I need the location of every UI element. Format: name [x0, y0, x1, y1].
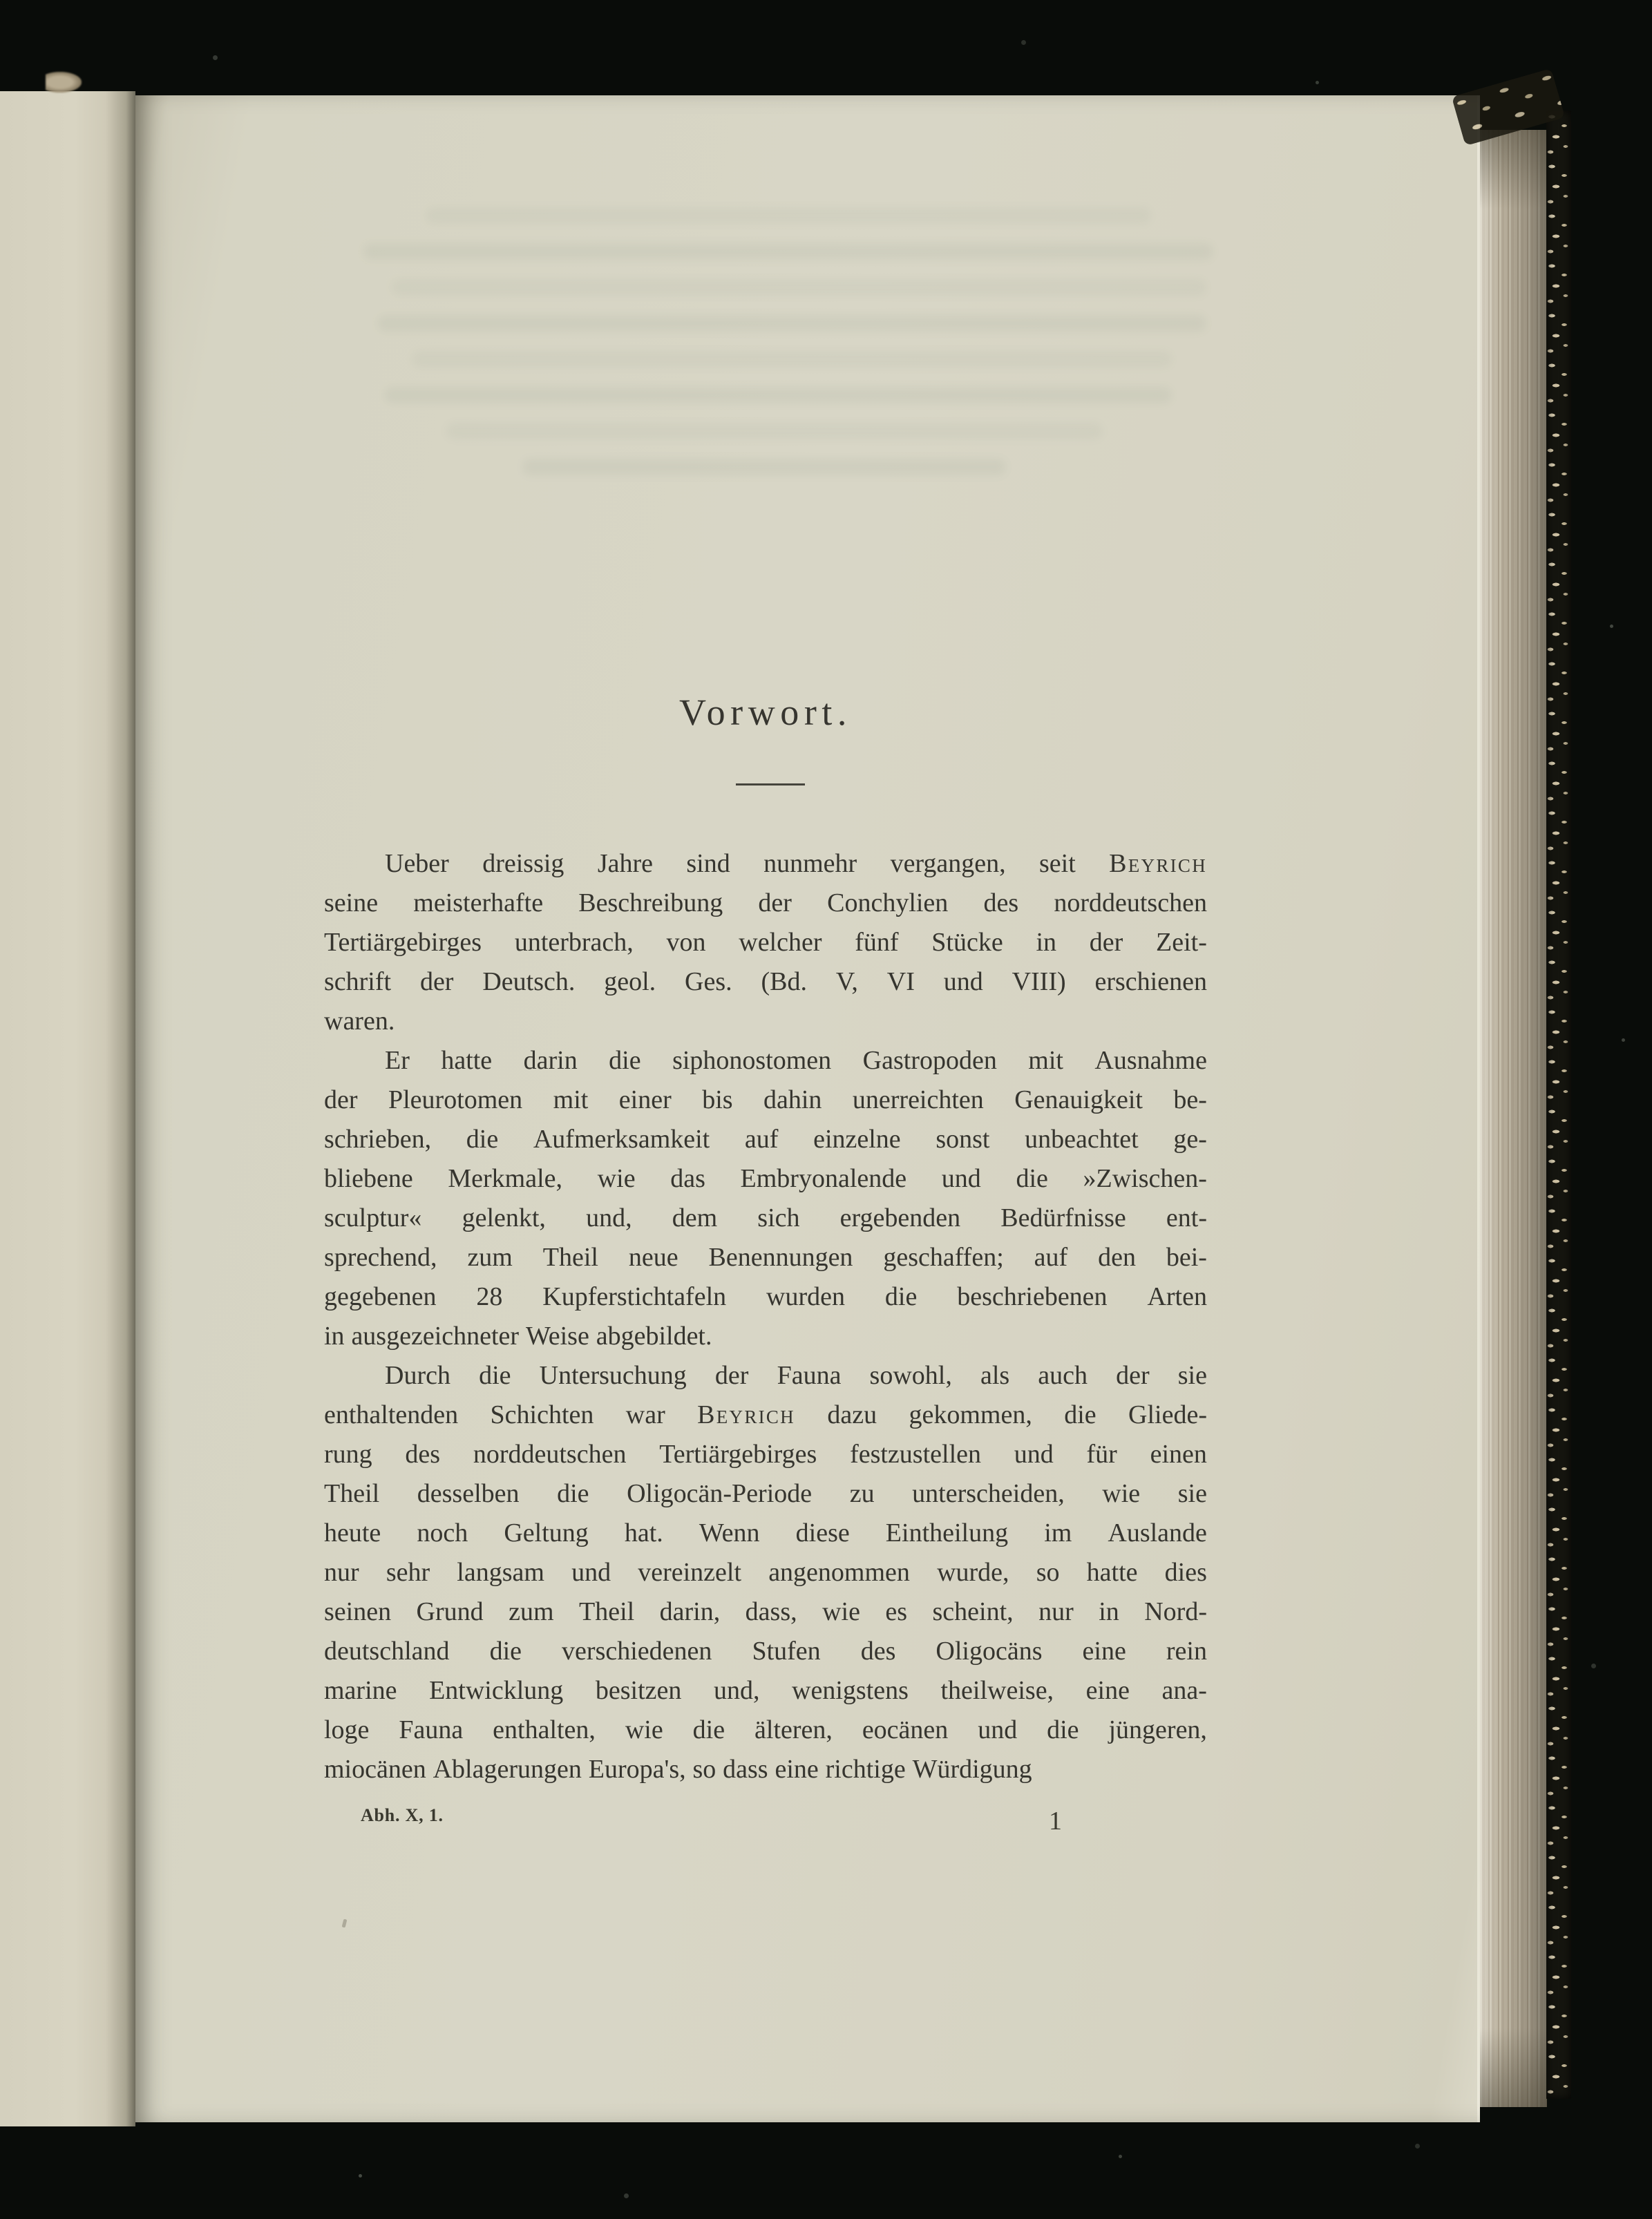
- word: Europa's,: [589, 1754, 686, 1784]
- word: Gastropoden: [863, 1045, 997, 1076]
- word: Ausnahme: [1094, 1045, 1207, 1076]
- text-line: waren.: [324, 1006, 1207, 1045]
- word: nur: [1038, 1597, 1074, 1627]
- word: Jahre: [598, 848, 653, 879]
- word: so: [692, 1754, 716, 1784]
- word: der: [1090, 927, 1123, 958]
- word: einen: [1150, 1439, 1207, 1469]
- show-through-line: [522, 459, 1006, 475]
- word: vereinzelt: [638, 1557, 741, 1588]
- word: unterscheiden,: [912, 1478, 1065, 1509]
- word: Weise: [526, 1321, 589, 1351]
- word: gelenkt,: [462, 1203, 546, 1233]
- word: in: [324, 1321, 345, 1351]
- word: Oligocän-Periode: [627, 1478, 812, 1509]
- word: in: [1099, 1597, 1119, 1627]
- word: einzelne: [813, 1124, 901, 1154]
- word: beschriebenen: [957, 1282, 1107, 1312]
- word: seit: [1039, 848, 1076, 879]
- word: es: [885, 1597, 907, 1627]
- word: und: [942, 1163, 981, 1194]
- word: Conchylien: [827, 888, 948, 918]
- word: die: [479, 1360, 511, 1391]
- book-scan: Vorwort. UeberdreissigJahresindnunmehrve…: [0, 0, 1652, 2219]
- word: norddeutschen: [1054, 888, 1207, 918]
- word: den: [1098, 1242, 1136, 1273]
- word: ana-: [1162, 1675, 1207, 1706]
- word: wurden: [766, 1282, 845, 1312]
- word: Ges.: [685, 966, 732, 997]
- word: norddeutschen: [473, 1439, 627, 1469]
- word: jüngeren,: [1108, 1715, 1206, 1745]
- word: ent-: [1166, 1203, 1207, 1233]
- title-divider: [736, 783, 805, 785]
- word: gegebenen: [324, 1282, 436, 1312]
- word: Genauigkeit: [1014, 1085, 1143, 1115]
- word: Schichten: [491, 1400, 594, 1430]
- word: eine: [1086, 1675, 1130, 1706]
- word: darin,: [660, 1597, 721, 1627]
- word: die: [490, 1636, 522, 1666]
- word: Merkmale,: [448, 1163, 562, 1194]
- word: dies: [1165, 1557, 1207, 1588]
- word: Würdigung: [913, 1754, 1032, 1784]
- marbled-fore-edge: [1546, 111, 1571, 2099]
- word: und,: [714, 1675, 760, 1706]
- preface-text: UeberdreissigJahresindnunmehrvergangen,s…: [324, 848, 1207, 1793]
- word: vergangen,: [891, 848, 1006, 879]
- show-through-line: [391, 279, 1206, 296]
- word: ergebenden: [840, 1203, 960, 1233]
- word: auf: [1034, 1242, 1068, 1273]
- word: war: [626, 1400, 665, 1430]
- word: Beschreibung: [578, 888, 723, 918]
- text-line: rungdesnorddeutschenTertiärgebirgesfestz…: [324, 1439, 1207, 1478]
- word: (Bd.: [761, 966, 807, 997]
- word: Durch: [385, 1360, 450, 1391]
- word: verschiedenen: [562, 1636, 712, 1666]
- word: sculptur«: [324, 1203, 421, 1233]
- word: waren.: [324, 1006, 395, 1036]
- word: neue: [629, 1242, 678, 1273]
- word: VI: [887, 966, 915, 997]
- word: Theil: [324, 1478, 379, 1509]
- page-stack-edge: [1480, 130, 1547, 2107]
- left-page-edge: [0, 91, 135, 2126]
- word: festzustellen: [850, 1439, 981, 1469]
- word: und: [978, 1715, 1017, 1745]
- show-through-line: [446, 423, 1103, 439]
- word: Fauna: [399, 1715, 463, 1745]
- word: zu: [850, 1478, 875, 1509]
- word: unbeachtet: [1025, 1124, 1139, 1154]
- word: Kupferstichtafeln: [542, 1282, 726, 1312]
- word: richtige: [826, 1754, 906, 1784]
- word: Beyrich: [1109, 848, 1207, 879]
- word: abgebildet.: [596, 1321, 712, 1351]
- word: Tertiärgebirges: [659, 1439, 817, 1469]
- word: wenigstens: [792, 1675, 909, 1706]
- word: bei-: [1166, 1242, 1207, 1273]
- word: Benennungen: [708, 1242, 853, 1273]
- word: Ablagerungen: [433, 1754, 582, 1784]
- word: Ueber: [385, 848, 449, 879]
- show-through-line: [412, 351, 1172, 368]
- text-line: schrieben,dieAufmerksamkeitaufeinzelneso…: [324, 1124, 1207, 1163]
- word: die: [557, 1478, 589, 1509]
- word: zum: [467, 1242, 512, 1273]
- word: eocänen: [862, 1715, 948, 1745]
- text-line: seinenGrundzumTheildarin,dass,wieesschei…: [324, 1597, 1207, 1636]
- word: Deutsch.: [482, 966, 575, 997]
- text-line: nursehrlangsamundvereinzeltangenommenwur…: [324, 1557, 1207, 1597]
- word: noch: [417, 1518, 468, 1548]
- word: miocänen: [324, 1754, 426, 1784]
- word: sonst: [936, 1124, 989, 1154]
- word: langsam: [457, 1557, 544, 1588]
- word: Tertiärgebirges: [324, 927, 482, 958]
- text-line: sprechend,zumTheilneueBenennungengeschaf…: [324, 1242, 1207, 1282]
- word: Zeit-: [1156, 927, 1207, 958]
- word: des: [405, 1439, 440, 1469]
- word: nunmehr: [763, 848, 857, 879]
- word: scheint,: [933, 1597, 1014, 1627]
- word: Wenn: [699, 1518, 760, 1548]
- word: auch: [1038, 1360, 1088, 1391]
- word: sie: [1178, 1478, 1207, 1509]
- word: welcher: [739, 927, 822, 958]
- word: wie: [625, 1715, 663, 1745]
- word: wie: [822, 1597, 860, 1627]
- word: wie: [1102, 1478, 1140, 1509]
- word: älteren,: [754, 1715, 833, 1745]
- dust-specks: [0, 0, 2, 2]
- signature-mark: Abh. X, 1.: [361, 1805, 444, 1826]
- word: mit: [553, 1085, 589, 1115]
- text-line: gegebenen28Kupferstichtafelnwurdendiebes…: [324, 1282, 1207, 1321]
- word: die: [885, 1282, 917, 1312]
- text-line: Tertiärgebirgesunterbrach,vonwelcherfünf…: [324, 927, 1207, 966]
- word: dass: [723, 1754, 768, 1784]
- word: sich: [757, 1203, 799, 1233]
- text-line: logeFaunaenthalten,wiedieälteren,eocänen…: [324, 1715, 1207, 1754]
- word: Grund: [417, 1597, 484, 1627]
- word: geschaffen;: [883, 1242, 1003, 1273]
- word: rein: [1166, 1636, 1207, 1666]
- word: die: [1064, 1400, 1096, 1430]
- word: dreissig: [482, 848, 564, 879]
- word: Beyrich: [697, 1400, 795, 1430]
- word: 28: [476, 1282, 502, 1312]
- word: der: [420, 966, 454, 997]
- word: in: [1036, 927, 1056, 958]
- word: Nord-: [1144, 1597, 1207, 1627]
- word: sie: [1178, 1360, 1207, 1391]
- word: Gliede-: [1128, 1400, 1207, 1430]
- word: sind: [686, 848, 730, 879]
- word: deutschland: [324, 1636, 450, 1666]
- word: der: [324, 1085, 358, 1115]
- text-line: bliebeneMerkmale,wiedasEmbryonalendeundd…: [324, 1163, 1207, 1203]
- word: gekommen,: [909, 1400, 1032, 1430]
- word: seinen: [324, 1597, 391, 1627]
- text-line: TheildesselbendieOligocän-Periodezuunter…: [324, 1478, 1207, 1518]
- word: geol.: [604, 966, 656, 997]
- word: für: [1087, 1439, 1117, 1469]
- word: Pleurotomen: [388, 1085, 522, 1115]
- word: und: [944, 966, 983, 997]
- word: einer: [619, 1085, 672, 1115]
- word: wurde,: [937, 1557, 1009, 1588]
- text-line: inausgezeichneterWeiseabgebildet.: [324, 1321, 1207, 1360]
- word: Aufmerksamkeit: [533, 1124, 710, 1154]
- word: fünf: [855, 927, 898, 958]
- word: dazu: [827, 1400, 877, 1430]
- word: die: [609, 1045, 640, 1076]
- word: enthaltenden: [324, 1400, 458, 1430]
- page-title: Vorwort.: [324, 691, 1207, 734]
- word: die: [1016, 1163, 1047, 1194]
- word: seine: [324, 888, 378, 918]
- word: von: [667, 927, 706, 958]
- word: Arten: [1147, 1282, 1207, 1312]
- word: im: [1044, 1518, 1072, 1548]
- word: und,: [586, 1203, 632, 1233]
- word: bliebene: [324, 1163, 413, 1194]
- stray-mark: [342, 1919, 348, 1928]
- word: ausgezeichneter: [351, 1321, 519, 1351]
- word: loge: [324, 1715, 369, 1745]
- word: und: [1014, 1439, 1054, 1469]
- word: wie: [598, 1163, 636, 1194]
- word: die: [466, 1124, 498, 1154]
- word: Theil: [543, 1242, 598, 1273]
- word: Untersuchung: [540, 1360, 687, 1391]
- word: eine: [1083, 1636, 1126, 1666]
- word: unterbrach,: [515, 927, 634, 958]
- word: der: [1116, 1360, 1150, 1391]
- text-line: deutschlanddieverschiedenenStufendesOlig…: [324, 1636, 1207, 1675]
- show-through-line: [363, 243, 1213, 260]
- word: desselben: [417, 1478, 520, 1509]
- word: sprechend,: [324, 1242, 437, 1273]
- word: nur: [324, 1557, 359, 1588]
- word: Auslande: [1108, 1518, 1207, 1548]
- word: besitzen: [596, 1675, 682, 1706]
- word: dahin: [763, 1085, 822, 1115]
- word: Stufen: [752, 1636, 820, 1666]
- word: hatte: [441, 1045, 492, 1076]
- word: siphonostomen: [672, 1045, 831, 1076]
- word: erschienen: [1095, 966, 1207, 997]
- word: Oligocäns: [936, 1636, 1042, 1666]
- word: darin: [524, 1045, 578, 1076]
- word: »Zwischen-: [1083, 1163, 1207, 1194]
- paper-debris: [46, 72, 82, 93]
- word: dem: [672, 1203, 717, 1233]
- word: Geltung: [504, 1518, 588, 1548]
- word: unerreichten: [853, 1085, 984, 1115]
- word: be-: [1173, 1085, 1207, 1115]
- text-line: seinemeisterhafteBeschreibungderConchyli…: [324, 888, 1207, 927]
- word: Theil: [579, 1597, 634, 1627]
- word: so: [1036, 1557, 1060, 1588]
- word: Fauna: [777, 1360, 842, 1391]
- word: angenommen: [768, 1557, 910, 1588]
- word: schrift: [324, 966, 391, 997]
- word: Bedürfnisse: [1000, 1203, 1126, 1233]
- word: ge-: [1173, 1124, 1207, 1154]
- word: hatte: [1087, 1557, 1138, 1588]
- word: des: [861, 1636, 896, 1666]
- word: heute: [324, 1518, 381, 1548]
- word: sehr: [386, 1557, 430, 1588]
- word: und: [571, 1557, 611, 1588]
- text-line: enthaltendenSchichtenwarBeyrichdazugekom…: [324, 1400, 1207, 1439]
- word: Er: [385, 1045, 410, 1076]
- paragraph: DurchdieUntersuchungderFaunasowohl,alsau…: [324, 1360, 1207, 1793]
- text-line: ErhattedarindiesiphonostomenGastropodenm…: [324, 1045, 1207, 1085]
- text-line: schriftderDeutsch.geol.Ges.(Bd.V,VIundVI…: [324, 966, 1207, 1006]
- word: zum: [509, 1597, 553, 1627]
- word: meisterhafte: [413, 888, 543, 918]
- word: VIII): [1012, 966, 1066, 997]
- paragraph: UeberdreissigJahresindnunmehrvergangen,s…: [324, 848, 1207, 1045]
- word: die: [1047, 1715, 1079, 1745]
- word: die: [693, 1715, 725, 1745]
- word: das: [670, 1163, 705, 1194]
- text-line: marineEntwicklungbesitzenund,wenigstenst…: [324, 1675, 1207, 1715]
- text-line: miocänenAblagerungenEuropa's,sodasseiner…: [324, 1754, 1207, 1793]
- word: schrieben,: [324, 1124, 431, 1154]
- book-page: Vorwort. UeberdreissigJahresindnunmehrve…: [135, 95, 1480, 2122]
- word: des: [984, 888, 1019, 918]
- word: der: [758, 888, 792, 918]
- page-number: 1: [1049, 1806, 1062, 1836]
- word: eine: [775, 1754, 818, 1784]
- word: Stücke: [931, 927, 1003, 958]
- word: diese: [796, 1518, 850, 1548]
- text-line: derPleurotomenmiteinerbisdahinunerreicht…: [324, 1085, 1207, 1124]
- word: dass,: [746, 1597, 797, 1627]
- text-line: DurchdieUntersuchungderFaunasowohl,alsau…: [324, 1360, 1207, 1400]
- word: der: [715, 1360, 749, 1391]
- show-through-line: [377, 315, 1206, 332]
- word: auf: [745, 1124, 779, 1154]
- text-line: UeberdreissigJahresindnunmehrvergangen,s…: [324, 848, 1207, 888]
- word: marine: [324, 1675, 397, 1706]
- word: V,: [836, 966, 858, 997]
- word: bis: [702, 1085, 732, 1115]
- word: rung: [324, 1439, 372, 1469]
- word: sowohl,: [870, 1360, 952, 1391]
- word: Entwicklung: [429, 1675, 563, 1706]
- word: hat.: [625, 1518, 663, 1548]
- word: als: [980, 1360, 1009, 1391]
- show-through-line: [384, 387, 1172, 403]
- paragraph: ErhattedarindiesiphonostomenGastropodenm…: [324, 1045, 1207, 1360]
- show-through-line: [426, 207, 1151, 224]
- text-line: heutenochGeltunghat.WenndieseEintheilung…: [324, 1518, 1207, 1557]
- word: theilweise,: [941, 1675, 1054, 1706]
- word: Eintheilung: [886, 1518, 1008, 1548]
- text-line: sculptur«gelenkt,und,demsichergebendenBe…: [324, 1203, 1207, 1242]
- word: enthalten,: [493, 1715, 596, 1745]
- word: mit: [1028, 1045, 1063, 1076]
- word: Embryonalende: [741, 1163, 907, 1194]
